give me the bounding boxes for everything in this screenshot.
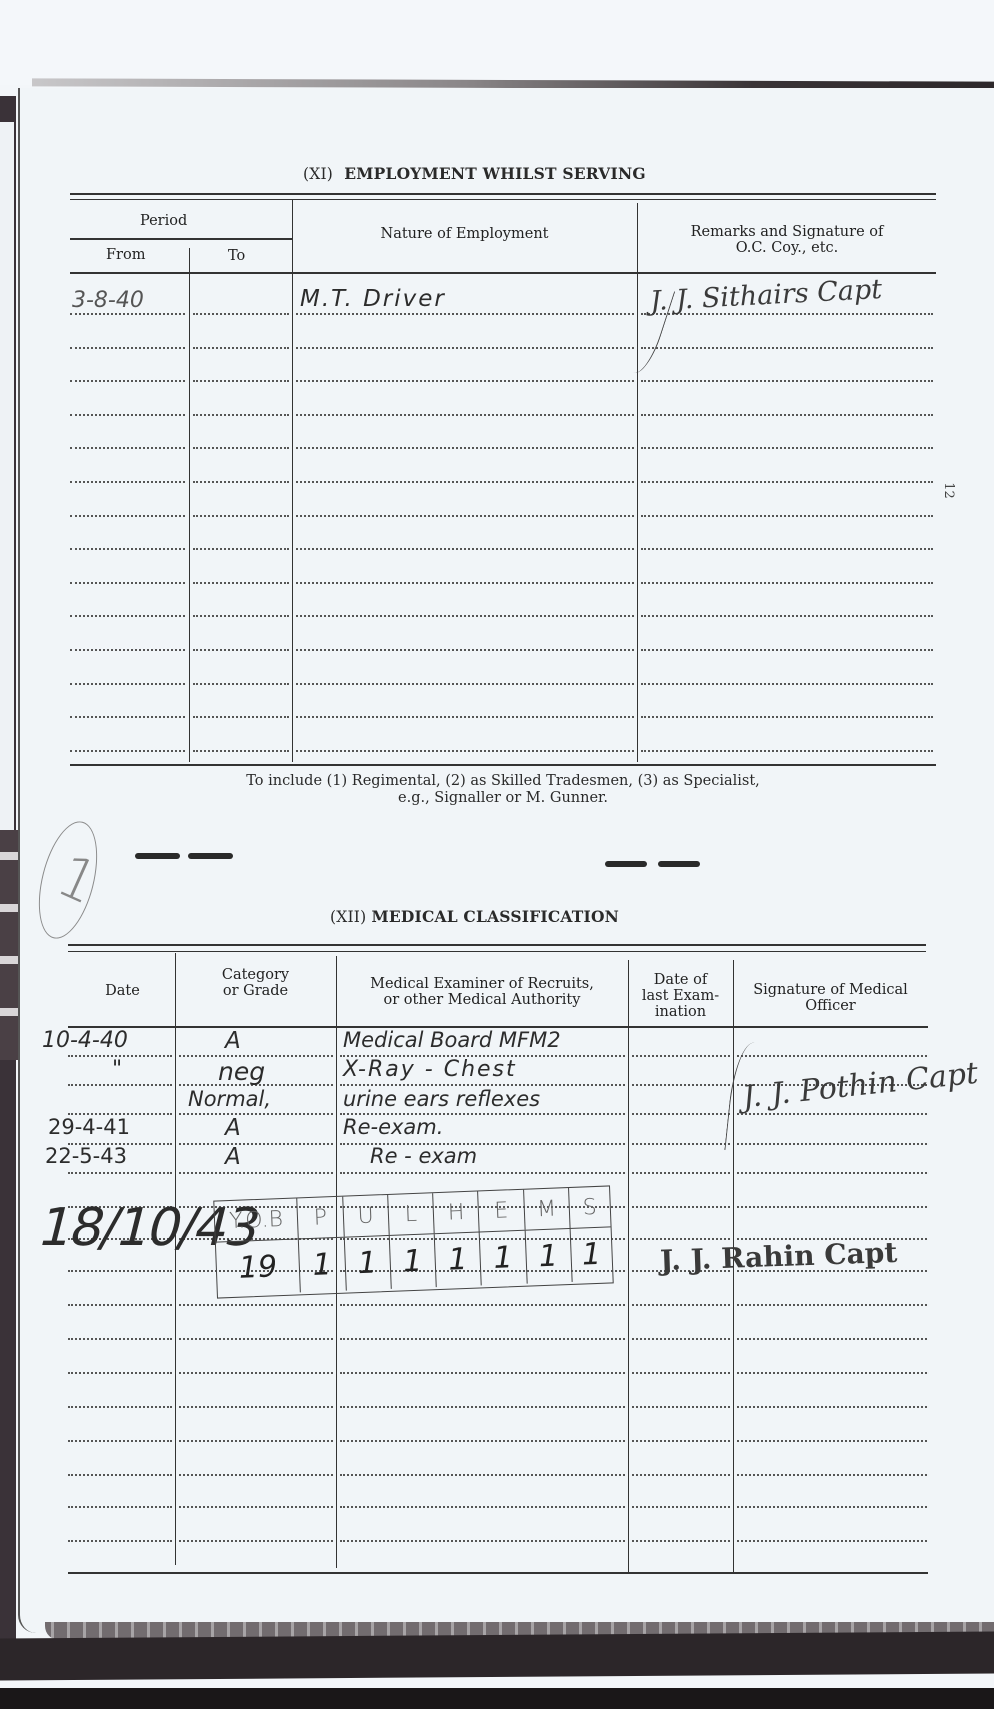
dotted-rule xyxy=(296,548,634,550)
header-last-exam-line1: Date of xyxy=(628,972,733,988)
header-category-line1: Category xyxy=(175,967,336,983)
pulhems-label: H xyxy=(447,1200,464,1226)
section-title-text: EMPLOYMENT WHILST SERVING xyxy=(344,164,646,183)
dotted-rule xyxy=(68,1304,172,1306)
dotted-rule xyxy=(737,1143,927,1145)
dotted-rule xyxy=(179,1338,333,1340)
dotted-rule xyxy=(193,548,289,550)
dotted-rule xyxy=(641,380,933,382)
pulhems-value-cell: 1 xyxy=(525,1229,572,1284)
dotted-rule xyxy=(193,481,289,483)
dotted-rule xyxy=(193,615,289,617)
dotted-rule xyxy=(296,582,634,584)
dotted-rule xyxy=(340,1540,625,1542)
document-page xyxy=(18,88,994,1633)
header-nature: Nature of Employment xyxy=(292,226,637,242)
header-last-exam-line2: last Exam- xyxy=(628,988,733,1004)
dotted-rule xyxy=(296,447,634,449)
dotted-rule xyxy=(70,515,185,517)
dotted-rule xyxy=(68,1372,172,1374)
dotted-rule xyxy=(179,1113,333,1115)
dotted-rule xyxy=(340,1084,625,1086)
pulhems-value-cell: 1 xyxy=(571,1227,613,1281)
dotted-rule xyxy=(641,414,933,416)
dotted-rule xyxy=(737,1206,927,1208)
dotted-rule xyxy=(70,481,185,483)
dotted-rule xyxy=(296,615,634,617)
dotted-rule xyxy=(737,1172,927,1174)
header-to: To xyxy=(228,248,245,264)
dotted-rule xyxy=(340,1474,625,1476)
pulhems-label-cell: H xyxy=(433,1191,480,1233)
dotted-rule xyxy=(179,1372,333,1374)
pulhems-label: S xyxy=(582,1194,597,1220)
footnote-line1: To include (1) Regimental, (2) as Skille… xyxy=(70,773,936,790)
header-from: From xyxy=(106,247,145,263)
dotted-rule xyxy=(193,447,289,449)
col-divider-nature xyxy=(292,200,293,762)
pulhems-value-cell: 1 xyxy=(299,1238,346,1293)
book-cover-edge xyxy=(0,1632,994,1681)
header-category: Category or Grade xyxy=(175,967,336,999)
pulhems-label-cell: M xyxy=(524,1188,571,1230)
dotted-rule xyxy=(737,1406,927,1408)
header-examiner: Medical Examiner of Recruits, or other M… xyxy=(336,976,628,1008)
dotted-rule xyxy=(193,683,289,685)
pulhems-value-cell: 1 xyxy=(344,1236,391,1291)
dotted-rule xyxy=(737,1113,927,1115)
dotted-rule xyxy=(632,1172,730,1174)
pulhems-stamp: Y.O.BPULHEMS 191111111 xyxy=(213,1185,613,1298)
dotted-rule xyxy=(737,1440,927,1442)
dotted-rule xyxy=(340,1338,625,1340)
dotted-rule xyxy=(737,1338,927,1340)
medical-bottom-rule xyxy=(68,1572,928,1574)
medical-date-cell: 29-4-41 xyxy=(48,1115,130,1139)
dotted-rule xyxy=(68,1084,172,1086)
dotted-rule xyxy=(296,380,634,382)
col-divider-to xyxy=(189,248,190,762)
header-date: Date xyxy=(70,983,175,999)
header-period: Period xyxy=(140,213,187,229)
period-rule xyxy=(70,238,292,240)
medical-examiner-cell: Medical Board MFM2 xyxy=(343,1028,561,1052)
pulhems-label-cell: P xyxy=(297,1197,344,1239)
pulhems-value-cell: 1 xyxy=(480,1231,527,1286)
header-rule-bottom xyxy=(70,272,936,274)
dotted-rule xyxy=(737,1506,927,1508)
redaction-mark xyxy=(188,853,233,859)
dotted-rule xyxy=(737,1055,927,1057)
pulhems-label-cell: L xyxy=(388,1193,435,1235)
dotted-rule xyxy=(70,347,185,349)
dotted-rule xyxy=(193,515,289,517)
dotted-rule xyxy=(632,1440,730,1442)
header-examiner-line2: or other Medical Authority xyxy=(336,992,628,1008)
dotted-rule xyxy=(340,1304,625,1306)
medical-examiner-cell: Re-exam. xyxy=(343,1115,443,1139)
dotted-rule xyxy=(296,347,634,349)
page-number: 12 xyxy=(941,482,956,499)
pulhems-label: Y.O.B xyxy=(229,1207,284,1234)
pulhems-value: 19 xyxy=(238,1249,278,1285)
medical-examiner-cell: Re - exam xyxy=(370,1144,477,1168)
scan-border xyxy=(0,1688,994,1709)
medical-section-title: (XII) MEDICAL CLASSIFICATION xyxy=(330,907,619,926)
header-signature-line2: Officer xyxy=(733,998,928,1014)
dotted-rule xyxy=(296,515,634,517)
dotted-rule xyxy=(179,1172,333,1174)
medical-header-rule-top-2 xyxy=(68,951,926,952)
medical-examiner-cell: X-Ray - Chest xyxy=(343,1057,517,1082)
pulhems-value: 1 xyxy=(493,1240,513,1276)
dotted-rule xyxy=(641,615,933,617)
dotted-rule xyxy=(70,548,185,550)
dotted-rule xyxy=(179,1143,333,1145)
medical-examiner-cell: urine ears reflexes xyxy=(343,1087,540,1111)
dotted-rule xyxy=(632,1338,730,1340)
redaction-mark xyxy=(658,861,700,867)
pulhems-value: 1 xyxy=(312,1247,332,1283)
spine-highlight xyxy=(0,122,14,832)
dotted-rule xyxy=(70,716,185,718)
dotted-rule xyxy=(641,683,933,685)
dotted-rule xyxy=(737,1304,927,1306)
dotted-rule xyxy=(632,1055,730,1057)
dotted-rule xyxy=(193,380,289,382)
dotted-rule xyxy=(296,414,634,416)
dotted-rule xyxy=(632,1304,730,1306)
dotted-rule xyxy=(641,548,933,550)
dotted-rule xyxy=(632,1540,730,1542)
col-divider-category xyxy=(175,953,176,1565)
dotted-rule xyxy=(641,750,933,752)
employment-from-cell: 3-8-40 xyxy=(72,288,144,313)
dotted-rule xyxy=(296,683,634,685)
header-category-line2: or Grade xyxy=(175,983,336,999)
dotted-rule xyxy=(70,447,185,449)
pulhems-value-cell: 1 xyxy=(435,1232,482,1287)
medical-date-cell: 10-4-40 xyxy=(42,1028,128,1053)
scan-background xyxy=(0,0,994,85)
dotted-rule xyxy=(68,1270,172,1272)
dotted-rule xyxy=(68,1440,172,1442)
dotted-rule xyxy=(641,716,933,718)
col-divider-remarks xyxy=(637,203,638,762)
medical-category-cell: neg xyxy=(218,1057,265,1086)
dotted-rule xyxy=(632,1474,730,1476)
dotted-rule xyxy=(340,1440,625,1442)
medical-category-cell: Normal, xyxy=(188,1087,271,1111)
dotted-rule xyxy=(641,582,933,584)
dotted-rule xyxy=(70,649,185,651)
section-number: (XII) xyxy=(330,908,366,926)
dotted-rule xyxy=(193,716,289,718)
dotted-rule xyxy=(193,582,289,584)
header-remarks: Remarks and Signature of O.C. Coy., etc. xyxy=(637,224,937,256)
pulhems-label-cell: E xyxy=(478,1190,525,1232)
pulhems-label: U xyxy=(357,1203,374,1229)
dotted-rule xyxy=(737,1372,927,1374)
dotted-rule xyxy=(641,447,933,449)
pulhems-label: E xyxy=(494,1198,509,1224)
footnote-line2: e.g., Signaller or M. Gunner. xyxy=(70,790,936,807)
dotted-rule xyxy=(193,649,289,651)
pulhems-label: L xyxy=(404,1201,417,1226)
dotted-rule xyxy=(296,716,634,718)
header-last-exam: Date of last Exam- ination xyxy=(628,972,733,1020)
medical-category-cell: A xyxy=(225,1144,241,1170)
dotted-rule xyxy=(179,1506,333,1508)
dotted-rule xyxy=(641,515,933,517)
employment-bottom-rule xyxy=(70,764,936,766)
pulhems-label: P xyxy=(313,1205,327,1230)
dotted-rule xyxy=(632,1113,730,1115)
employment-footnote: To include (1) Regimental, (2) as Skille… xyxy=(70,773,936,807)
pulhems-label-cell: U xyxy=(343,1195,390,1237)
pulhems-value-cell: 1 xyxy=(390,1234,437,1289)
dotted-rule xyxy=(68,1406,172,1408)
dotted-rule xyxy=(296,649,634,651)
dotted-rule xyxy=(179,1440,333,1442)
header-last-exam-line3: ination xyxy=(628,1004,733,1020)
pulhems-label-cell: S xyxy=(569,1186,611,1228)
dotted-rule xyxy=(179,1474,333,1476)
pulhems-value-cell: 19 xyxy=(216,1239,301,1295)
dotted-rule xyxy=(179,1540,333,1542)
dotted-rule xyxy=(193,313,289,315)
medical-date-cell: " xyxy=(112,1057,122,1082)
dotted-rule xyxy=(296,313,634,315)
dotted-rule xyxy=(632,1238,730,1240)
dotted-rule xyxy=(641,347,933,349)
dotted-rule xyxy=(193,414,289,416)
dotted-rule xyxy=(179,1406,333,1408)
pulhems-value: 1 xyxy=(357,1245,377,1281)
dotted-rule xyxy=(632,1506,730,1508)
dotted-rule xyxy=(632,1372,730,1374)
pulhems-value: 1 xyxy=(538,1238,558,1274)
section-number: (XI) xyxy=(303,165,333,183)
header-examiner-line1: Medical Examiner of Recruits, xyxy=(336,976,628,992)
dotted-rule xyxy=(632,1206,730,1208)
medical-category-cell: A xyxy=(225,1115,241,1141)
dotted-rule xyxy=(737,1540,927,1542)
dotted-rule xyxy=(737,1474,927,1476)
dotted-rule xyxy=(340,1506,625,1508)
dotted-rule xyxy=(70,683,185,685)
dotted-rule xyxy=(340,1406,625,1408)
dotted-rule xyxy=(632,1406,730,1408)
dotted-rule xyxy=(70,313,185,315)
employment-section-title: (XI) EMPLOYMENT WHILST SERVING xyxy=(303,164,646,183)
dotted-rule xyxy=(632,1143,730,1145)
header-remarks-line1: Remarks and Signature of xyxy=(637,224,937,240)
dotted-rule xyxy=(70,582,185,584)
dotted-rule xyxy=(296,750,634,752)
redaction-mark xyxy=(135,853,180,859)
dotted-rule xyxy=(70,615,185,617)
pulhems-label: M xyxy=(537,1196,557,1222)
dotted-rule xyxy=(70,380,185,382)
dotted-rule xyxy=(641,649,933,651)
dotted-rule xyxy=(68,1474,172,1476)
dotted-rule xyxy=(193,347,289,349)
medical-category-cell: A xyxy=(225,1028,241,1054)
dotted-rule xyxy=(340,1172,625,1174)
dotted-rule xyxy=(641,481,933,483)
pulhems-value: 1 xyxy=(448,1242,468,1278)
pulhems-label-cell: Y.O.B xyxy=(214,1198,299,1241)
dotted-rule xyxy=(193,750,289,752)
dotted-rule xyxy=(296,481,634,483)
dotted-rule xyxy=(179,1304,333,1306)
dotted-rule xyxy=(68,1338,172,1340)
dotted-rule xyxy=(632,1084,730,1086)
col-divider-last-exam xyxy=(628,960,629,1572)
header-signature: Signature of Medical Officer xyxy=(733,982,928,1014)
header-signature-line1: Signature of Medical xyxy=(733,982,928,998)
header-rule-top xyxy=(70,193,936,195)
pulhems-value: 1 xyxy=(581,1237,601,1273)
dotted-rule xyxy=(68,1540,172,1542)
pulhems-value: 1 xyxy=(402,1244,422,1280)
dotted-rule xyxy=(68,1506,172,1508)
dotted-rule xyxy=(340,1372,625,1374)
header-remarks-line2: O.C. Coy., etc. xyxy=(637,240,937,256)
dotted-rule xyxy=(68,1172,172,1174)
dotted-rule xyxy=(70,750,185,752)
dotted-rule xyxy=(70,414,185,416)
header-rule-top-2 xyxy=(70,199,936,200)
medical-header-rule-top xyxy=(68,944,926,946)
medical-date-cell: 22-5-43 xyxy=(45,1144,127,1168)
section-title-text: MEDICAL CLASSIFICATION xyxy=(372,907,620,926)
redaction-mark xyxy=(605,861,647,867)
employment-nature-cell: M.T. Driver xyxy=(300,286,446,312)
